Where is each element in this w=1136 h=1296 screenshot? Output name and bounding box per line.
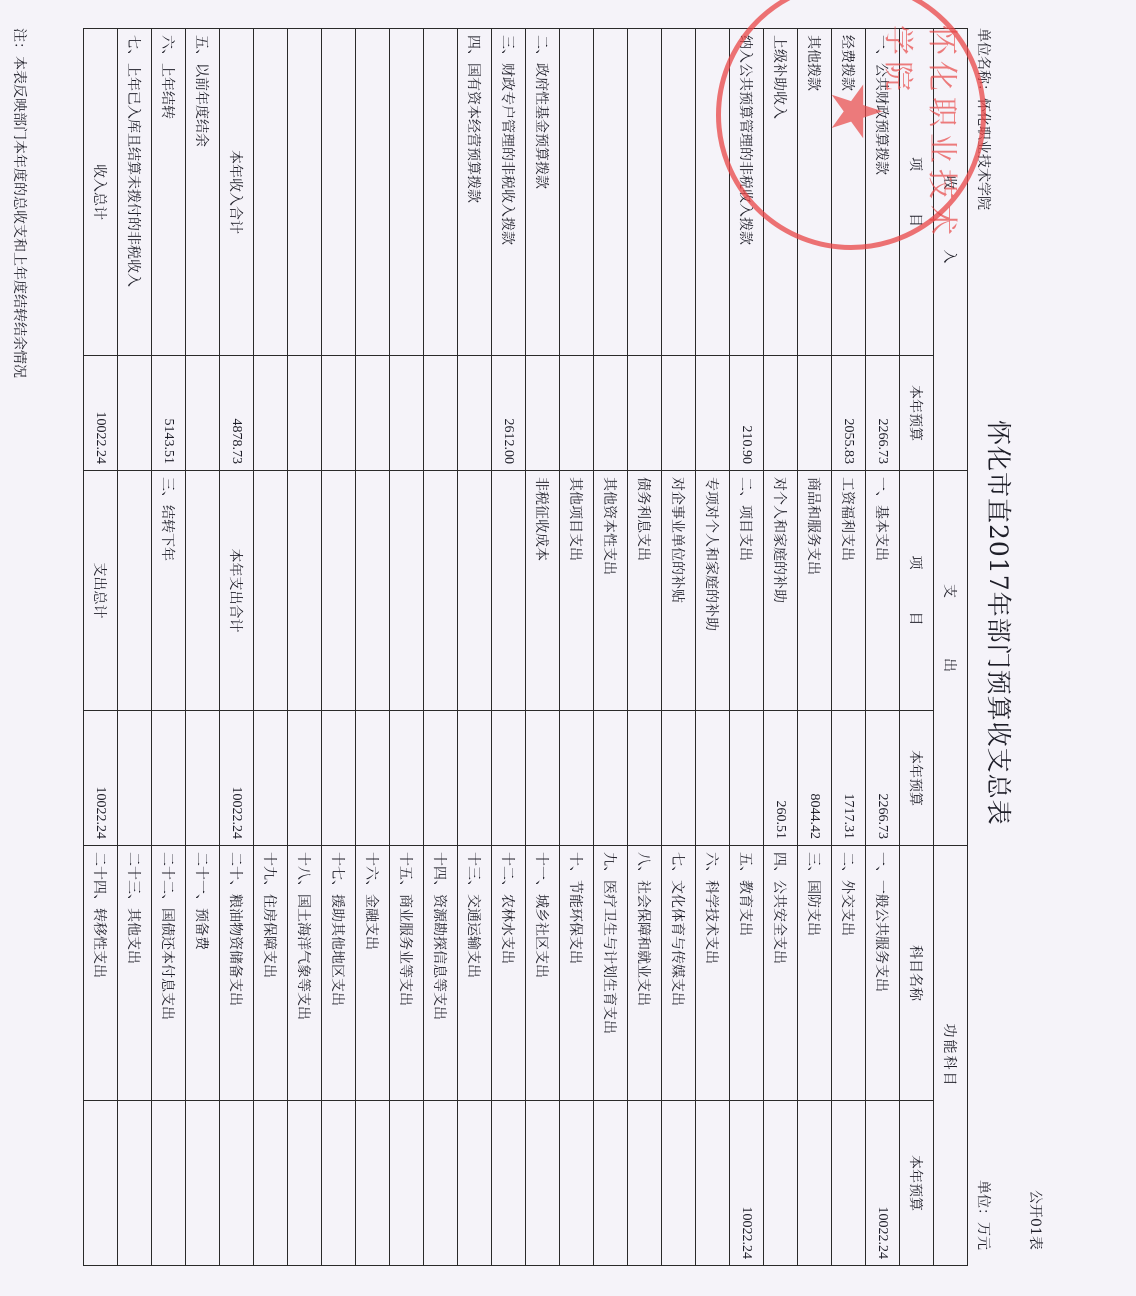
expense-item-cell	[322, 471, 356, 711]
table-row: 十七、援助其他地区支出	[322, 29, 356, 1266]
income-item-cell: 二、政府性基金预算拨款	[526, 29, 560, 356]
function-budget-cell	[662, 1101, 696, 1266]
expense-item-cell: 工资福利支出	[832, 471, 866, 711]
function-name-cell: 三、国防支出	[798, 846, 832, 1101]
income-budget-cell	[322, 356, 356, 471]
income-budget-cell: 4878.73	[220, 356, 254, 471]
function-name-cell: 七、文化体育与传媒支出	[662, 846, 696, 1101]
expense-item-cell	[458, 471, 492, 711]
income-budget-cell	[560, 356, 594, 471]
group-header-row: 收入 支出 功能科目	[934, 29, 968, 1266]
income-budget-cell	[254, 356, 288, 471]
income-item-cell: 七、上年已入库且结算未拨付的非税收入	[118, 29, 152, 356]
expense-item-cell: 其他资本性支出	[594, 471, 628, 711]
expense-item-cell: 本年支出合计	[220, 471, 254, 711]
function-budget-cell	[186, 1101, 220, 1266]
function-name-cell: 二十二、国债还本付息支出	[152, 846, 186, 1101]
income-item-cell	[662, 29, 696, 356]
expense-item-cell: 对企事业单位的补贴	[662, 471, 696, 711]
income-item-cell: 五、以前年度结余	[186, 29, 220, 356]
income-budget-cell	[628, 356, 662, 471]
expense-budget-cell	[424, 711, 458, 846]
table-row: 一、公共财政预算拨款2266.73一、基本支出2266.73一、一般公共服务支出…	[866, 29, 900, 1266]
income-item-cell: 四、国有资本经营预算拨款	[458, 29, 492, 356]
table-row: 其他项目支出十、节能环保支出	[560, 29, 594, 1266]
income-budget-cell	[696, 356, 730, 471]
income-item-cell	[594, 29, 628, 356]
income-item-cell: 其他拨款	[798, 29, 832, 356]
income-budget-header: 本年预算	[900, 356, 934, 471]
income-budget-cell: 10022.24	[84, 356, 118, 471]
table-row: 七、上年已入库且结算未拨付的非税收入二十三、其他支出	[118, 29, 152, 1266]
form-code: 公开01表	[1026, 1190, 1046, 1250]
expense-budget-cell	[118, 711, 152, 846]
function-budget-cell	[118, 1101, 152, 1266]
expense-budget-cell	[492, 711, 526, 846]
document-title: 怀化市直2017年部门预算收支总表	[982, 420, 1018, 826]
function-name-cell: 十、节能环保支出	[560, 846, 594, 1101]
income-budget-cell	[424, 356, 458, 471]
function-name-cell: 十四、资源勘探信息等支出	[424, 846, 458, 1101]
function-name-cell: 二十四、转移性支出	[84, 846, 118, 1101]
expense-item-cell	[254, 471, 288, 711]
function-name-cell: 二十三、其他支出	[118, 846, 152, 1101]
budget-document-page: 公开01表 怀化市直2017年部门预算收支总表 单位名称：怀化职业技术学院 单位…	[0, 0, 1136, 1296]
function-name-cell: 一、一般公共服务支出	[866, 846, 900, 1101]
income-item-cell: 收入总计	[84, 29, 118, 356]
function-name-cell: 二十一、预备费	[186, 846, 220, 1101]
expense-budget-cell	[356, 711, 390, 846]
table-row: 二、政府性基金预算拨款非税征收成本十一、城乡社区支出	[526, 29, 560, 1266]
expense-item-cell: 一、基本支出	[866, 471, 900, 711]
expense-budget-header: 本年预算	[900, 711, 934, 846]
table-row: 六、上年结转5143.51三、结转下年二十二、国债还本付息支出	[152, 29, 186, 1266]
expense-item-header: 项 目	[900, 471, 934, 711]
function-budget-cell	[322, 1101, 356, 1266]
income-item-cell	[356, 29, 390, 356]
income-group-header: 收入	[934, 29, 968, 471]
function-budget-cell	[560, 1101, 594, 1266]
expense-item-cell	[424, 471, 458, 711]
table-row: 十五、商业服务业等支出	[390, 29, 424, 1266]
income-budget-cell	[288, 356, 322, 471]
expense-budget-cell: 10022.24	[84, 711, 118, 846]
expense-group-header: 支出	[934, 471, 968, 846]
income-item-cell: 三、财政专户管理的非税收入拨款	[492, 29, 526, 356]
function-budget-cell	[832, 1101, 866, 1266]
income-item-cell	[390, 29, 424, 356]
expense-item-cell	[288, 471, 322, 711]
budget-summary-table: 收入 支出 功能科目 项 目 本年预算 项 目 本年预算 科目名称 本年预算 一…	[83, 28, 968, 1266]
function-budget-cell	[594, 1101, 628, 1266]
expense-budget-cell	[152, 711, 186, 846]
expense-budget-cell	[458, 711, 492, 846]
expense-budget-cell	[526, 711, 560, 846]
table-row: 对企事业单位的补贴七、文化体育与传媒支出	[662, 29, 696, 1266]
function-name-cell: 十二、农林水支出	[492, 846, 526, 1101]
table-row: 本年收入合计4878.73本年支出合计10022.24二十、粮油物资储备支出	[220, 29, 254, 1266]
function-name-cell: 十八、国土海洋气象等支出	[288, 846, 322, 1101]
income-budget-cell: 5143.51	[152, 356, 186, 471]
table-row: 收入总计10022.24支出总计10022.24二十四、转移性支出	[84, 29, 118, 1266]
expense-budget-cell	[594, 711, 628, 846]
function-budget-cell	[696, 1101, 730, 1266]
function-budget-header: 本年预算	[900, 1101, 934, 1266]
expense-item-cell: 其他项目支出	[560, 471, 594, 711]
expense-item-cell: 二、项目支出	[730, 471, 764, 711]
income-budget-cell	[458, 356, 492, 471]
income-item-header: 项 目	[900, 29, 934, 356]
function-name-cell: 十七、援助其他地区支出	[322, 846, 356, 1101]
function-budget-cell	[288, 1101, 322, 1266]
function-name-cell: 十三、交通运输支出	[458, 846, 492, 1101]
expense-budget-cell	[390, 711, 424, 846]
expense-item-cell: 非税征收成本	[526, 471, 560, 711]
function-budget-cell	[458, 1101, 492, 1266]
income-item-cell: 六、上年结转	[152, 29, 186, 356]
income-budget-cell	[390, 356, 424, 471]
expense-budget-cell	[186, 711, 220, 846]
expense-budget-cell	[288, 711, 322, 846]
expense-item-cell: 债务利息支出	[628, 471, 662, 711]
function-name-cell: 十九、住房保障支出	[254, 846, 288, 1101]
table-row: 专项对个人和家庭的补助六、科学技术支出	[696, 29, 730, 1266]
table-row: 经费拨款2055.83工资福利支出1717.31二、外交支出	[832, 29, 866, 1266]
table-row: 债务利息支出八、社会保障和就业支出	[628, 29, 662, 1266]
function-budget-cell	[152, 1101, 186, 1266]
expense-item-cell: 三、结转下年	[152, 471, 186, 711]
income-budget-cell	[186, 356, 220, 471]
currency-unit: 单位：万元	[974, 1180, 994, 1250]
income-item-cell: 经费拨款	[832, 29, 866, 356]
function-budget-cell	[424, 1101, 458, 1266]
table-row: 四、国有资本经营预算拨款十三、交通运输支出	[458, 29, 492, 1266]
expense-item-cell	[186, 471, 220, 711]
income-item-cell	[254, 29, 288, 356]
table-row: 十四、资源勘探信息等支出	[424, 29, 458, 1266]
income-budget-cell: 2055.83	[832, 356, 866, 471]
income-budget-cell	[764, 356, 798, 471]
income-budget-cell: 2612.00	[492, 356, 526, 471]
expense-budget-cell: 10022.24	[220, 711, 254, 846]
expense-item-cell	[390, 471, 424, 711]
expense-item-cell: 专项对个人和家庭的补助	[696, 471, 730, 711]
function-name-cell: 九、医疗卫生与计划生育支出	[594, 846, 628, 1101]
income-item-cell	[560, 29, 594, 356]
income-item-cell: 纳入公共预算管理的非税收入拨款	[730, 29, 764, 356]
income-budget-cell	[526, 356, 560, 471]
function-name-cell: 五、教育支出	[730, 846, 764, 1101]
function-budget-cell: 10022.24	[730, 1101, 764, 1266]
expense-budget-cell	[696, 711, 730, 846]
function-name-cell: 八、社会保障和就业支出	[628, 846, 662, 1101]
expense-item-cell	[356, 471, 390, 711]
function-name-cell: 十一、城乡社区支出	[526, 846, 560, 1101]
function-name-cell: 四、公共安全支出	[764, 846, 798, 1101]
income-budget-cell	[798, 356, 832, 471]
table-row: 十九、住房保障支出	[254, 29, 288, 1266]
income-item-cell	[424, 29, 458, 356]
expense-budget-cell	[662, 711, 696, 846]
income-budget-cell	[356, 356, 390, 471]
function-budget-cell	[220, 1101, 254, 1266]
expense-budget-cell: 8044.42	[798, 711, 832, 846]
table-row: 纳入公共预算管理的非税收入拨款210.90二、项目支出五、教育支出10022.2…	[730, 29, 764, 1266]
expense-budget-cell	[730, 711, 764, 846]
income-budget-cell	[662, 356, 696, 471]
function-budget-cell: 10022.24	[866, 1101, 900, 1266]
income-item-cell: 本年收入合计	[220, 29, 254, 356]
function-name-cell: 二十、粮油物资储备支出	[220, 846, 254, 1101]
income-budget-cell: 210.90	[730, 356, 764, 471]
function-budget-cell	[492, 1101, 526, 1266]
function-budget-cell	[390, 1101, 424, 1266]
function-budget-cell	[526, 1101, 560, 1266]
function-budget-cell	[628, 1101, 662, 1266]
expense-budget-cell	[628, 711, 662, 846]
function-budget-cell	[764, 1101, 798, 1266]
expense-budget-cell	[322, 711, 356, 846]
table-row: 上级补助收入对个人和家庭的补助260.51四、公共安全支出	[764, 29, 798, 1266]
income-budget-cell	[594, 356, 628, 471]
expense-item-cell: 支出总计	[84, 471, 118, 711]
income-item-cell	[322, 29, 356, 356]
function-group-header: 功能科目	[934, 846, 968, 1266]
expense-budget-cell	[560, 711, 594, 846]
function-budget-cell	[84, 1101, 118, 1266]
income-item-cell	[696, 29, 730, 356]
unit-name: 单位名称：怀化职业技术学院	[974, 28, 994, 210]
table-row: 三、财政专户管理的非税收入拨款2612.00十二、农林水支出	[492, 29, 526, 1266]
sub-header-row: 项 目 本年预算 项 目 本年预算 科目名称 本年预算	[900, 29, 934, 1266]
income-budget-cell: 2266.73	[866, 356, 900, 471]
expense-item-cell	[492, 471, 526, 711]
income-budget-cell	[118, 356, 152, 471]
table-row: 其他资本性支出九、医疗卫生与计划生育支出	[594, 29, 628, 1266]
table-row: 十八、国土海洋气象等支出	[288, 29, 322, 1266]
income-item-cell: 上级补助收入	[764, 29, 798, 356]
function-name-cell: 十五、商业服务业等支出	[390, 846, 424, 1101]
function-name-header: 科目名称	[900, 846, 934, 1101]
function-name-cell: 六、科学技术支出	[696, 846, 730, 1101]
income-item-cell	[288, 29, 322, 356]
expense-item-cell: 商品和服务支出	[798, 471, 832, 711]
expense-budget-cell: 2266.73	[866, 711, 900, 846]
table-row: 十六、金融支出	[356, 29, 390, 1266]
expense-budget-cell: 1717.31	[832, 711, 866, 846]
footnote: 注：本表反映部门本年度的总收支和上年度结转结余情况	[10, 28, 30, 378]
expense-budget-cell	[254, 711, 288, 846]
function-budget-cell	[798, 1101, 832, 1266]
function-name-cell: 十六、金融支出	[356, 846, 390, 1101]
function-name-cell: 二、外交支出	[832, 846, 866, 1101]
table-row: 其他拨款商品和服务支出8044.42三、国防支出	[798, 29, 832, 1266]
income-item-cell	[628, 29, 662, 356]
expense-budget-cell: 260.51	[764, 711, 798, 846]
expense-item-cell: 对个人和家庭的补助	[764, 471, 798, 711]
income-item-cell: 一、公共财政预算拨款	[866, 29, 900, 356]
function-budget-cell	[356, 1101, 390, 1266]
expense-item-cell	[118, 471, 152, 711]
table-row: 五、以前年度结余二十一、预备费	[186, 29, 220, 1266]
function-budget-cell	[254, 1101, 288, 1266]
